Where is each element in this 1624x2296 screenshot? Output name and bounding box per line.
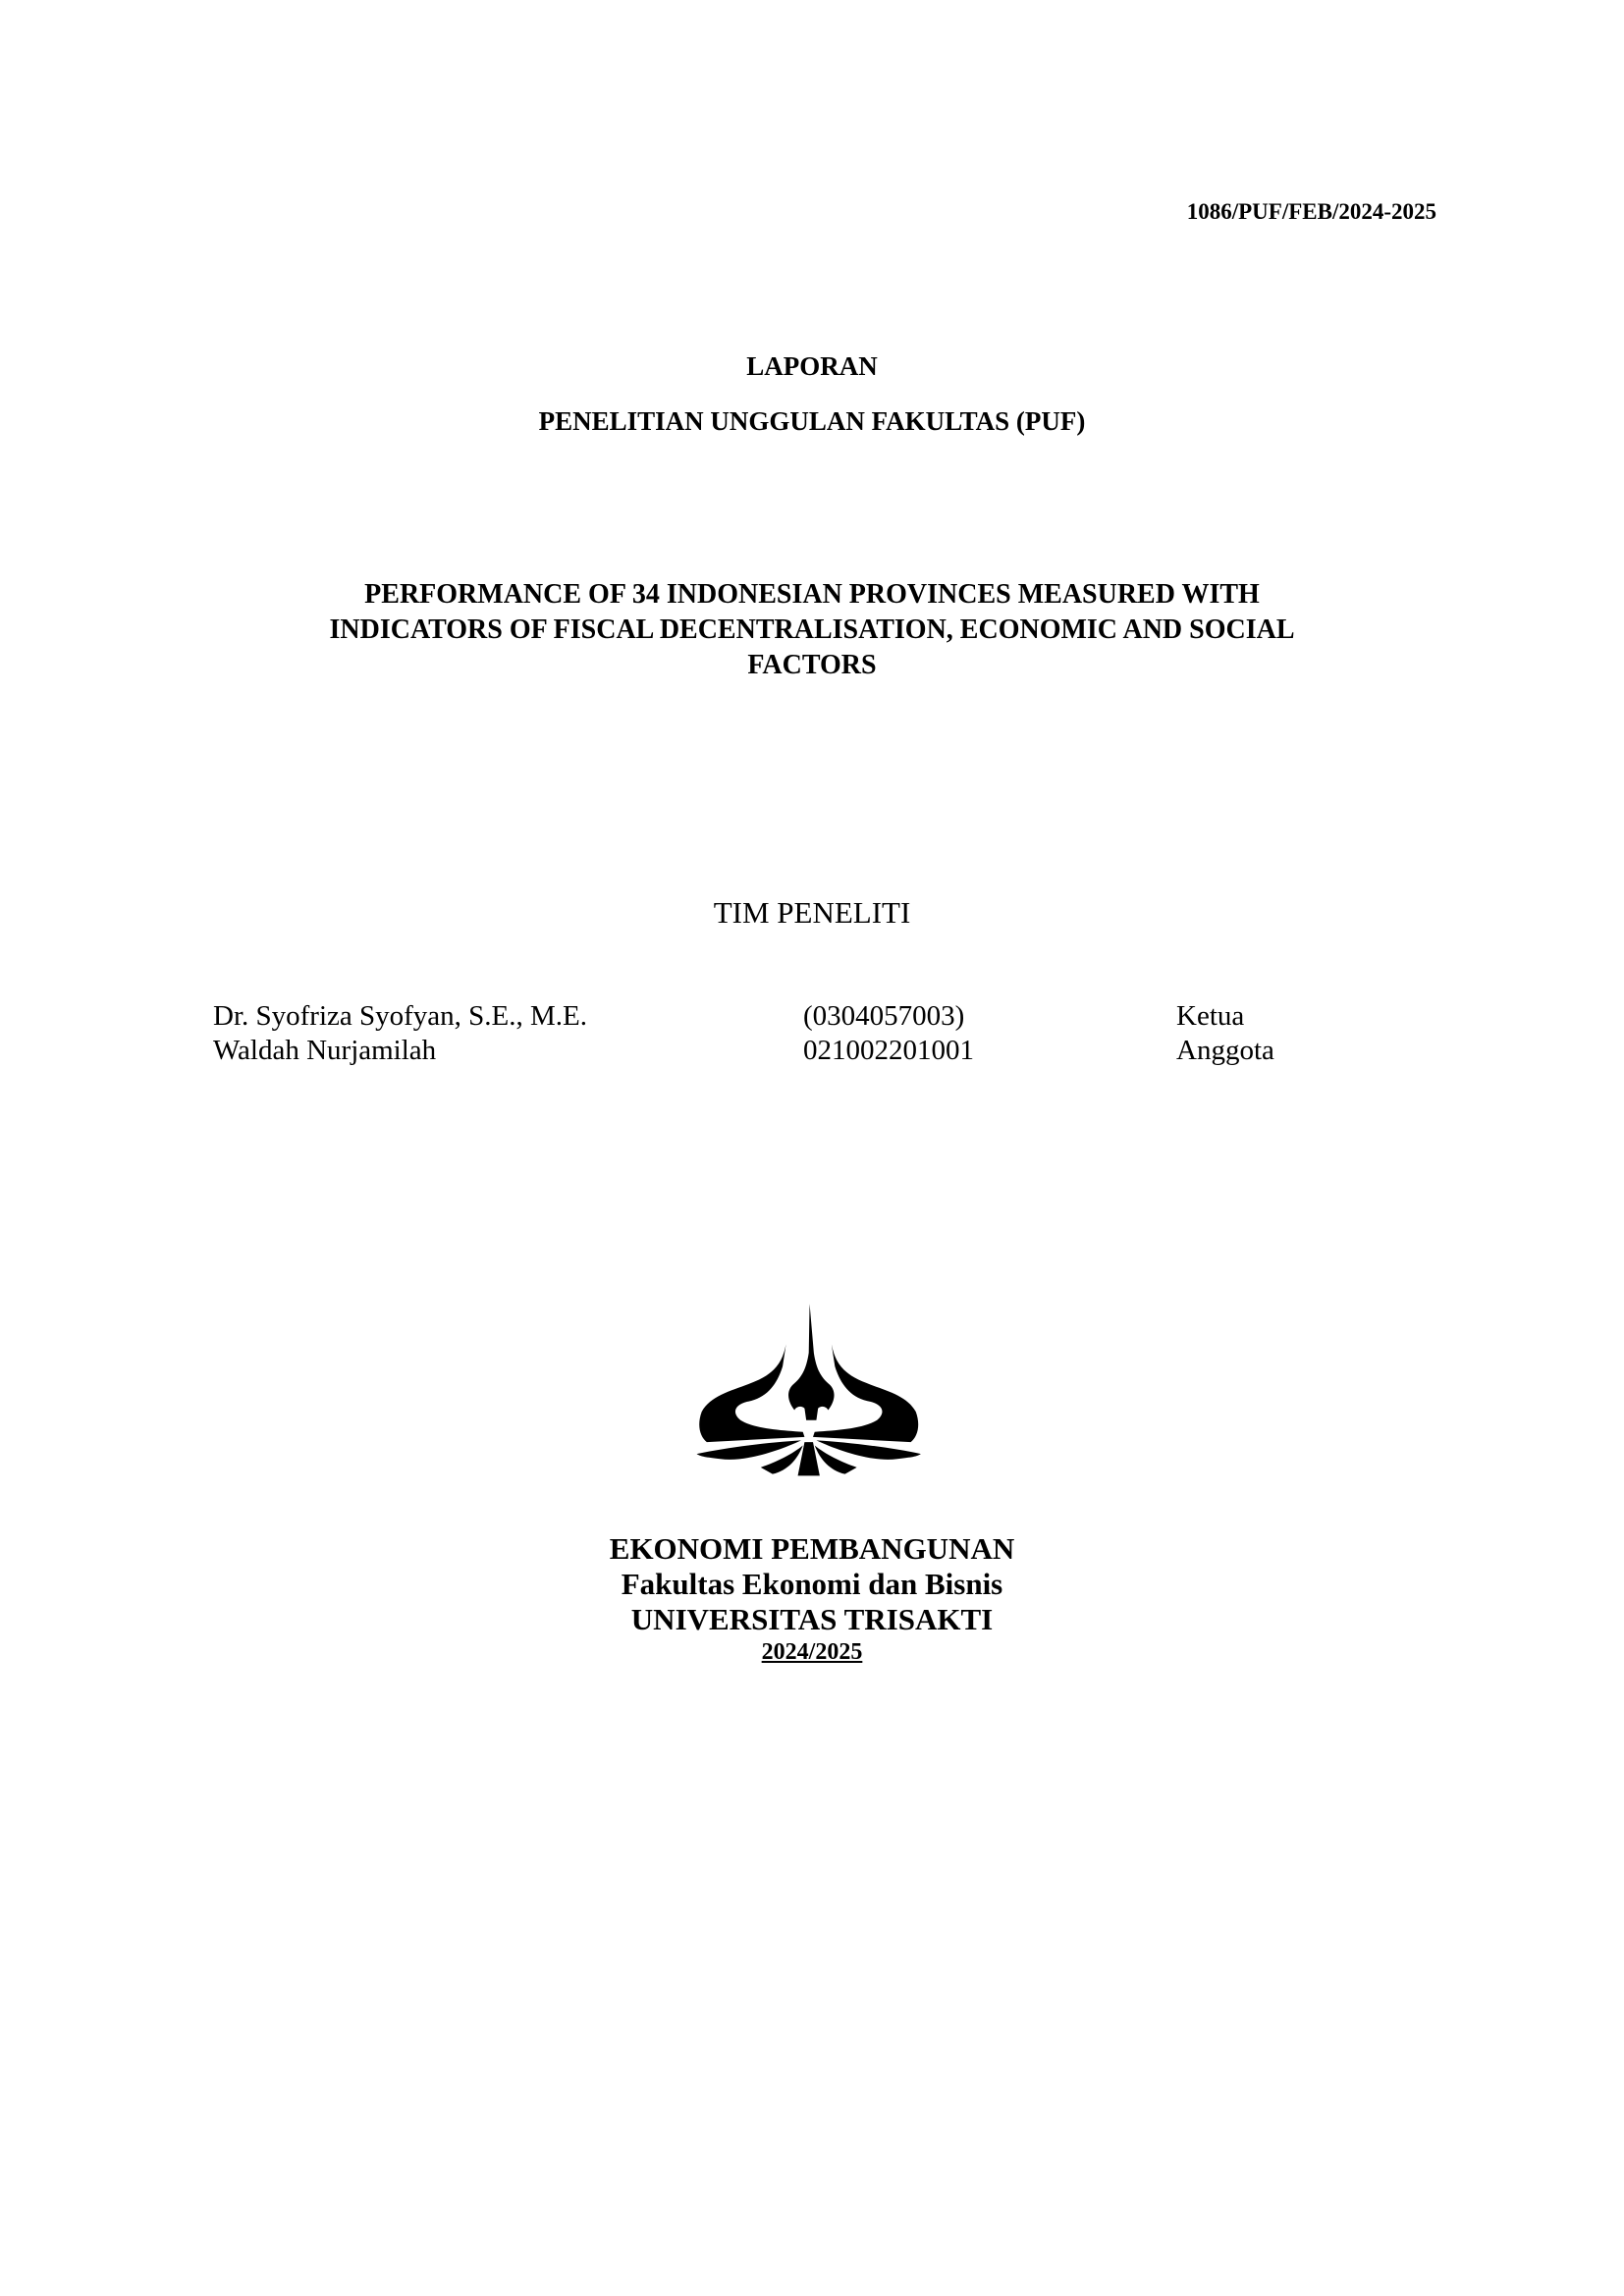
faculty-name: Fakultas Ekonomi dan Bisnis [0, 1567, 1624, 1602]
member-role: Anggota [1176, 1034, 1274, 1068]
member-name: Waldah Nurjamilah [213, 1034, 436, 1068]
title-line: FACTORS [216, 648, 1408, 683]
member-role: Ketua [1176, 999, 1244, 1034]
member-name: Dr. Syofriza Syofyan, S.E., M.E. [213, 999, 587, 1034]
team-heading: TIM PENELITI [0, 895, 1624, 931]
department-name: EKONOMI PEMBANGUNAN [0, 1531, 1624, 1567]
title-line: INDICATORS OF FISCAL DECENTRALISATION, E… [216, 613, 1408, 648]
member-id: 021002201001 [803, 1034, 974, 1068]
member-id: (0304057003) [803, 999, 964, 1034]
university-name: UNIVERSITAS TRISAKTI [0, 1602, 1624, 1637]
report-title: PERFORMANCE OF 34 INDONESIAN PROVINCES M… [216, 577, 1408, 683]
institution-block: EKONOMI PEMBANGUNAN Fakultas Ekonomi dan… [0, 1531, 1624, 1667]
report-type: LAPORAN [0, 351, 1624, 382]
academic-year: 2024/2025 [0, 1637, 1624, 1667]
title-line: PERFORMANCE OF 34 INDONESIAN PROVINCES M… [216, 577, 1408, 613]
program-name: PENELITIAN UNGGULAN FAKULTAS (PUF) [0, 406, 1624, 437]
reference-number: 1086/PUF/FEB/2024-2025 [1187, 199, 1436, 225]
university-trisakti-logo-icon [677, 1294, 948, 1496]
